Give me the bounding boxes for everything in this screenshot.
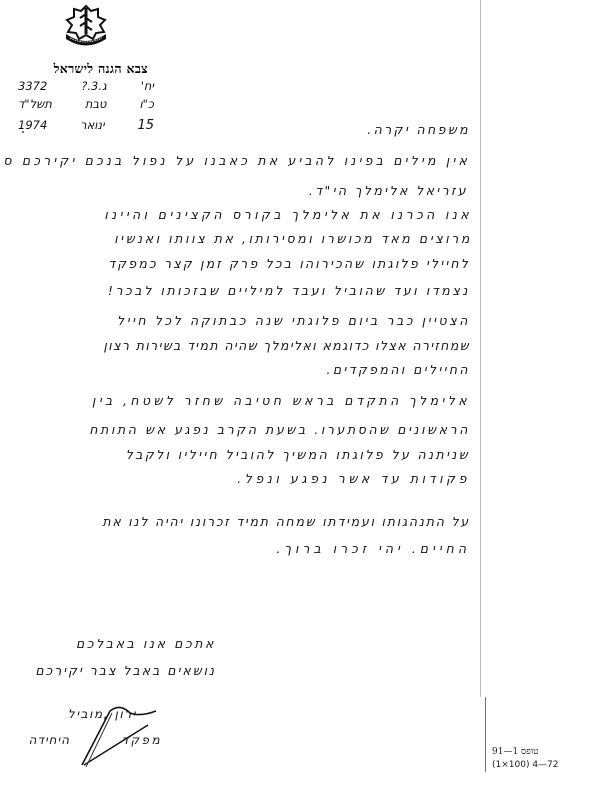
scanned-letter-page: צבא הגנה לישראל יח' ג.3.? 3372 כ"ו טבת ת… (0, 0, 592, 800)
reference-label: יח' (141, 79, 154, 97)
form-print-code: (1×100) 4—72 (492, 760, 559, 770)
reference-number: 3372 (18, 79, 47, 97)
hebrew-date-year: תשל"ד (18, 97, 52, 115)
body-line-2: עזריאל אלימלך הי"ד. (309, 183, 468, 198)
body-line-3: אנו הכרנו את אלימלך בקורס הקצינים והיינו (104, 207, 472, 222)
body-line-8: שמחזירה אצלו כדוגמא ואלימלך שהיה תמיד בש… (103, 338, 470, 353)
body-line-15: החיים. יהי זכרו ברוך. (276, 541, 470, 556)
body-line-7: הצטיין כבר ביום פלוגתי שנה כבתוקה לכל חי… (117, 313, 470, 328)
body-line-4: מרוצים מאד מכושרו ומסירותו, את צוותו ואנ… (114, 231, 472, 246)
body-line-11: הראשונים שהסתערו. בשעת הקרב נפגע אש התות… (89, 422, 470, 437)
body-line-10: אלימלך התקדם בראש חטיבה שחזר לשטח, בין (92, 393, 470, 408)
reference-unit: ג.3.? (81, 79, 107, 97)
closing-line-2: נושאים באבל צבר יקירכם (35, 663, 216, 678)
signatory-name: ירון ,מוביל (68, 707, 137, 721)
idf-emblem-icon (60, 4, 112, 48)
hebrew-date-month: טבת (85, 97, 107, 115)
organization-name: צבא הגנה לישראל (18, 61, 148, 77)
signatory-title: מפקד (122, 733, 162, 747)
signatory-unit: היחידה (29, 733, 70, 747)
body-line-13: פקודות עד אשר נפגע ונפל. (237, 471, 470, 486)
form-margin-line (485, 697, 486, 772)
hebrew-date-row: כ"ו טבת תשל"ד (18, 97, 154, 115)
hebrew-date-day: כ"ו (139, 97, 154, 115)
gregorian-date-day: 15 (137, 118, 154, 136)
body-line-6: נצמדו ועד שהוביל ועבד למיליים שבזכותו לב… (108, 283, 470, 298)
ink-dot (22, 131, 24, 133)
body-line-1: אין מילים בפינו להביע את כאבנו על נפול ב… (0, 153, 470, 168)
body-line-5: לחיילי פלוגתו שהכירוהו בכל פרק זמן קצר כ… (108, 256, 470, 271)
body-line-14: על התנהגותו ועמידתו שמחה תמיד זכרונו יהי… (102, 514, 470, 529)
scan-margin-line (480, 0, 481, 697)
gregorian-date-month: ינואר (80, 118, 105, 136)
gregorian-date-row: 15 ינואר 1974 (18, 118, 154, 136)
form-number: 91—1 טופס (492, 746, 539, 757)
body-line-9: החיילים והמפקדים. (326, 362, 470, 377)
salutation: משפחה יקרה. (367, 122, 470, 137)
body-line-12: שניתנה על פלוגתו המשיך להוביל חייליו ולק… (126, 447, 470, 462)
reference-row: יח' ג.3.? 3372 (18, 79, 154, 97)
closing-line-1: אתכם אנו באבלכם (76, 636, 216, 651)
gregorian-date-year: 1974 (18, 118, 47, 136)
